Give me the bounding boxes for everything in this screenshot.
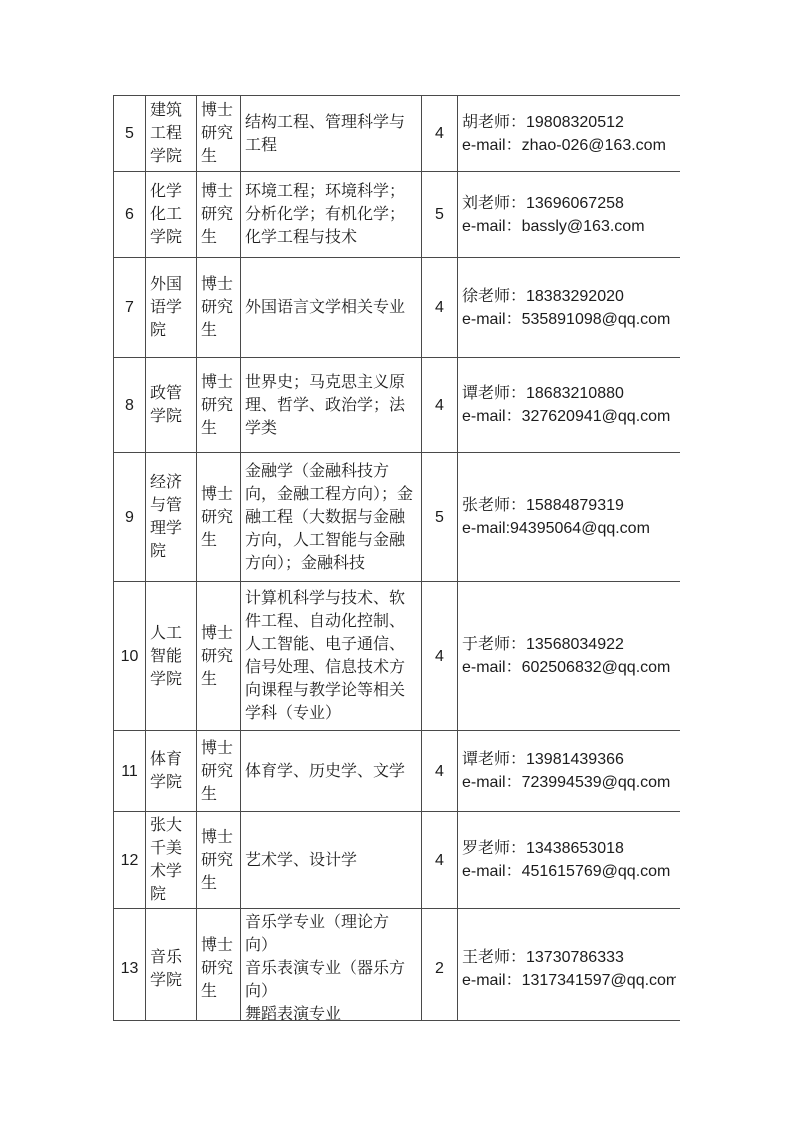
- majors-cell: 外国语言文学相关专业: [241, 258, 422, 358]
- row-number-cell: 7: [114, 258, 146, 358]
- row-number-cell: 13: [114, 909, 146, 1022]
- degree-cell: 博士研究生: [197, 909, 241, 1022]
- contact-phone-line: 刘老师：13696067258: [462, 192, 676, 215]
- contact-cell: 张老师：15884879319 e-mail:94395064@qq.com: [458, 453, 681, 582]
- row-number-cell: 8: [114, 358, 146, 453]
- table-row: 5 建筑工程学院 博士研究生 结构工程、管理科学与工程 4 胡老师：198083…: [114, 96, 681, 172]
- table-row: 7 外国语学院 博士研究生 外国语言文学相关专业 4 徐老师：183832920…: [114, 258, 681, 358]
- contact-phone-line: 胡老师：19808320512: [462, 111, 676, 134]
- degree-cell: 博士研究生: [197, 358, 241, 453]
- majors-cell: 计算机科学与技术、软件工程、自动化控制、人工智能、电子通信、信号处理、信息技术方…: [241, 582, 422, 731]
- table-row: 6 化学化工学院 博士研究生 环境工程；环境科学；分析化学；有机化学；化学工程与…: [114, 172, 681, 258]
- contact-cell: 胡老师：19808320512 e-mail：zhao-026@163.com: [458, 96, 681, 172]
- contact-email-line: e-mail:94395064@qq.com: [462, 517, 676, 540]
- college-cell: 人工智能学院: [146, 582, 197, 731]
- degree-cell: 博士研究生: [197, 582, 241, 731]
- contact-email-line: e-mail：bassly@163.com: [462, 215, 676, 238]
- count-cell: 4: [422, 582, 458, 731]
- count-cell: 4: [422, 358, 458, 453]
- row-number-cell: 9: [114, 453, 146, 582]
- count-cell: 2: [422, 909, 458, 1022]
- count-cell: 4: [422, 812, 458, 909]
- contact-email-line: e-mail：451615769@qq.com: [462, 860, 676, 883]
- table-row: 9 经济与管理学院 博士研究生 金融学（金融科技方向，金融工程方向）；金融工程（…: [114, 453, 681, 582]
- row-number-cell: 12: [114, 812, 146, 909]
- college-cell: 政管学院: [146, 358, 197, 453]
- row-number-cell: 6: [114, 172, 146, 258]
- contact-phone-line: 徐老师：18383292020: [462, 285, 676, 308]
- count-cell: 5: [422, 172, 458, 258]
- contact-phone-line: 张老师：15884879319: [462, 494, 676, 517]
- college-cell: 张大千美术学院: [146, 812, 197, 909]
- college-cell: 建筑工程学院: [146, 96, 197, 172]
- document-page: { "document": { "type": "table-page", "l…: [0, 0, 793, 1122]
- row-number-cell: 11: [114, 731, 146, 812]
- row-number-cell: 10: [114, 582, 146, 731]
- count-cell: 4: [422, 731, 458, 812]
- table-row: 13 音乐学院 博士研究生 音乐学专业（理论方向） 音乐表演专业（器乐方向） 舞…: [114, 909, 681, 1022]
- contact-phone-line: 王老师：13730786333: [462, 946, 676, 969]
- table-page-clip: 5 建筑工程学院 博士研究生 结构工程、管理科学与工程 4 胡老师：198083…: [113, 95, 680, 1021]
- majors-cell: 音乐学专业（理论方向） 音乐表演专业（器乐方向） 舞蹈表演专业: [241, 909, 422, 1022]
- count-cell: 4: [422, 96, 458, 172]
- degree-cell: 博士研究生: [197, 172, 241, 258]
- contact-cell: 王老师：13730786333 e-mail：1317341597@qq.com: [458, 909, 681, 1022]
- contact-email-line: e-mail：zhao-026@163.com: [462, 134, 676, 157]
- contact-phone-line: 罗老师：13438653018: [462, 837, 676, 860]
- degree-cell: 博士研究生: [197, 812, 241, 909]
- table-row: 12 张大千美术学院 博士研究生 艺术学、设计学 4 罗老师：134386530…: [114, 812, 681, 909]
- contact-phone-line: 于老师：13568034922: [462, 633, 676, 656]
- majors-cell: 结构工程、管理科学与工程: [241, 96, 422, 172]
- contact-cell: 于老师：13568034922 e-mail：602506832@qq.com: [458, 582, 681, 731]
- majors-cell: 体育学、历史学、文学: [241, 731, 422, 812]
- row-number-cell: 5: [114, 96, 146, 172]
- college-cell: 经济与管理学院: [146, 453, 197, 582]
- contact-phone-line: 谭老师：18683210880: [462, 382, 676, 405]
- contact-email-line: e-mail：327620941@qq.com: [462, 405, 676, 428]
- recruitment-table: 5 建筑工程学院 博士研究生 结构工程、管理科学与工程 4 胡老师：198083…: [113, 95, 680, 1021]
- contact-phone-line: 谭老师：13981439366: [462, 748, 676, 771]
- college-cell: 体育学院: [146, 731, 197, 812]
- contact-cell: 谭老师：18683210880 e-mail：327620941@qq.com: [458, 358, 681, 453]
- degree-cell: 博士研究生: [197, 96, 241, 172]
- contact-cell: 刘老师：13696067258 e-mail：bassly@163.com: [458, 172, 681, 258]
- degree-cell: 博士研究生: [197, 258, 241, 358]
- degree-cell: 博士研究生: [197, 453, 241, 582]
- contact-email-line: e-mail：1317341597@qq.com: [462, 969, 676, 992]
- majors-cell: 金融学（金融科技方向，金融工程方向）；金融工程（大数据与金融方向，人工智能与金融…: [241, 453, 422, 582]
- college-cell: 化学化工学院: [146, 172, 197, 258]
- college-cell: 外国语学院: [146, 258, 197, 358]
- college-cell: 音乐学院: [146, 909, 197, 1022]
- contact-email-line: e-mail：723994539@qq.com: [462, 771, 676, 794]
- count-cell: 4: [422, 258, 458, 358]
- table-row: 11 体育学院 博士研究生 体育学、历史学、文学 4 谭老师：139814393…: [114, 731, 681, 812]
- table-row: 10 人工智能学院 博士研究生 计算机科学与技术、软件工程、自动化控制、人工智能…: [114, 582, 681, 731]
- contact-cell: 徐老师：18383292020 e-mail：535891098@qq.com: [458, 258, 681, 358]
- majors-cell: 艺术学、设计学: [241, 812, 422, 909]
- table-row: 8 政管学院 博士研究生 世界史；马克思主义原理、哲学、政治学；法学类 4 谭老…: [114, 358, 681, 453]
- contact-email-line: e-mail：535891098@qq.com: [462, 308, 676, 331]
- contact-cell: 罗老师：13438653018 e-mail：451615769@qq.com: [458, 812, 681, 909]
- degree-cell: 博士研究生: [197, 731, 241, 812]
- count-cell: 5: [422, 453, 458, 582]
- contact-email-line: e-mail：602506832@qq.com: [462, 656, 676, 679]
- majors-cell: 环境工程；环境科学；分析化学；有机化学；化学工程与技术: [241, 172, 422, 258]
- contact-cell: 谭老师：13981439366 e-mail：723994539@qq.com: [458, 731, 681, 812]
- majors-cell: 世界史；马克思主义原理、哲学、政治学；法学类: [241, 358, 422, 453]
